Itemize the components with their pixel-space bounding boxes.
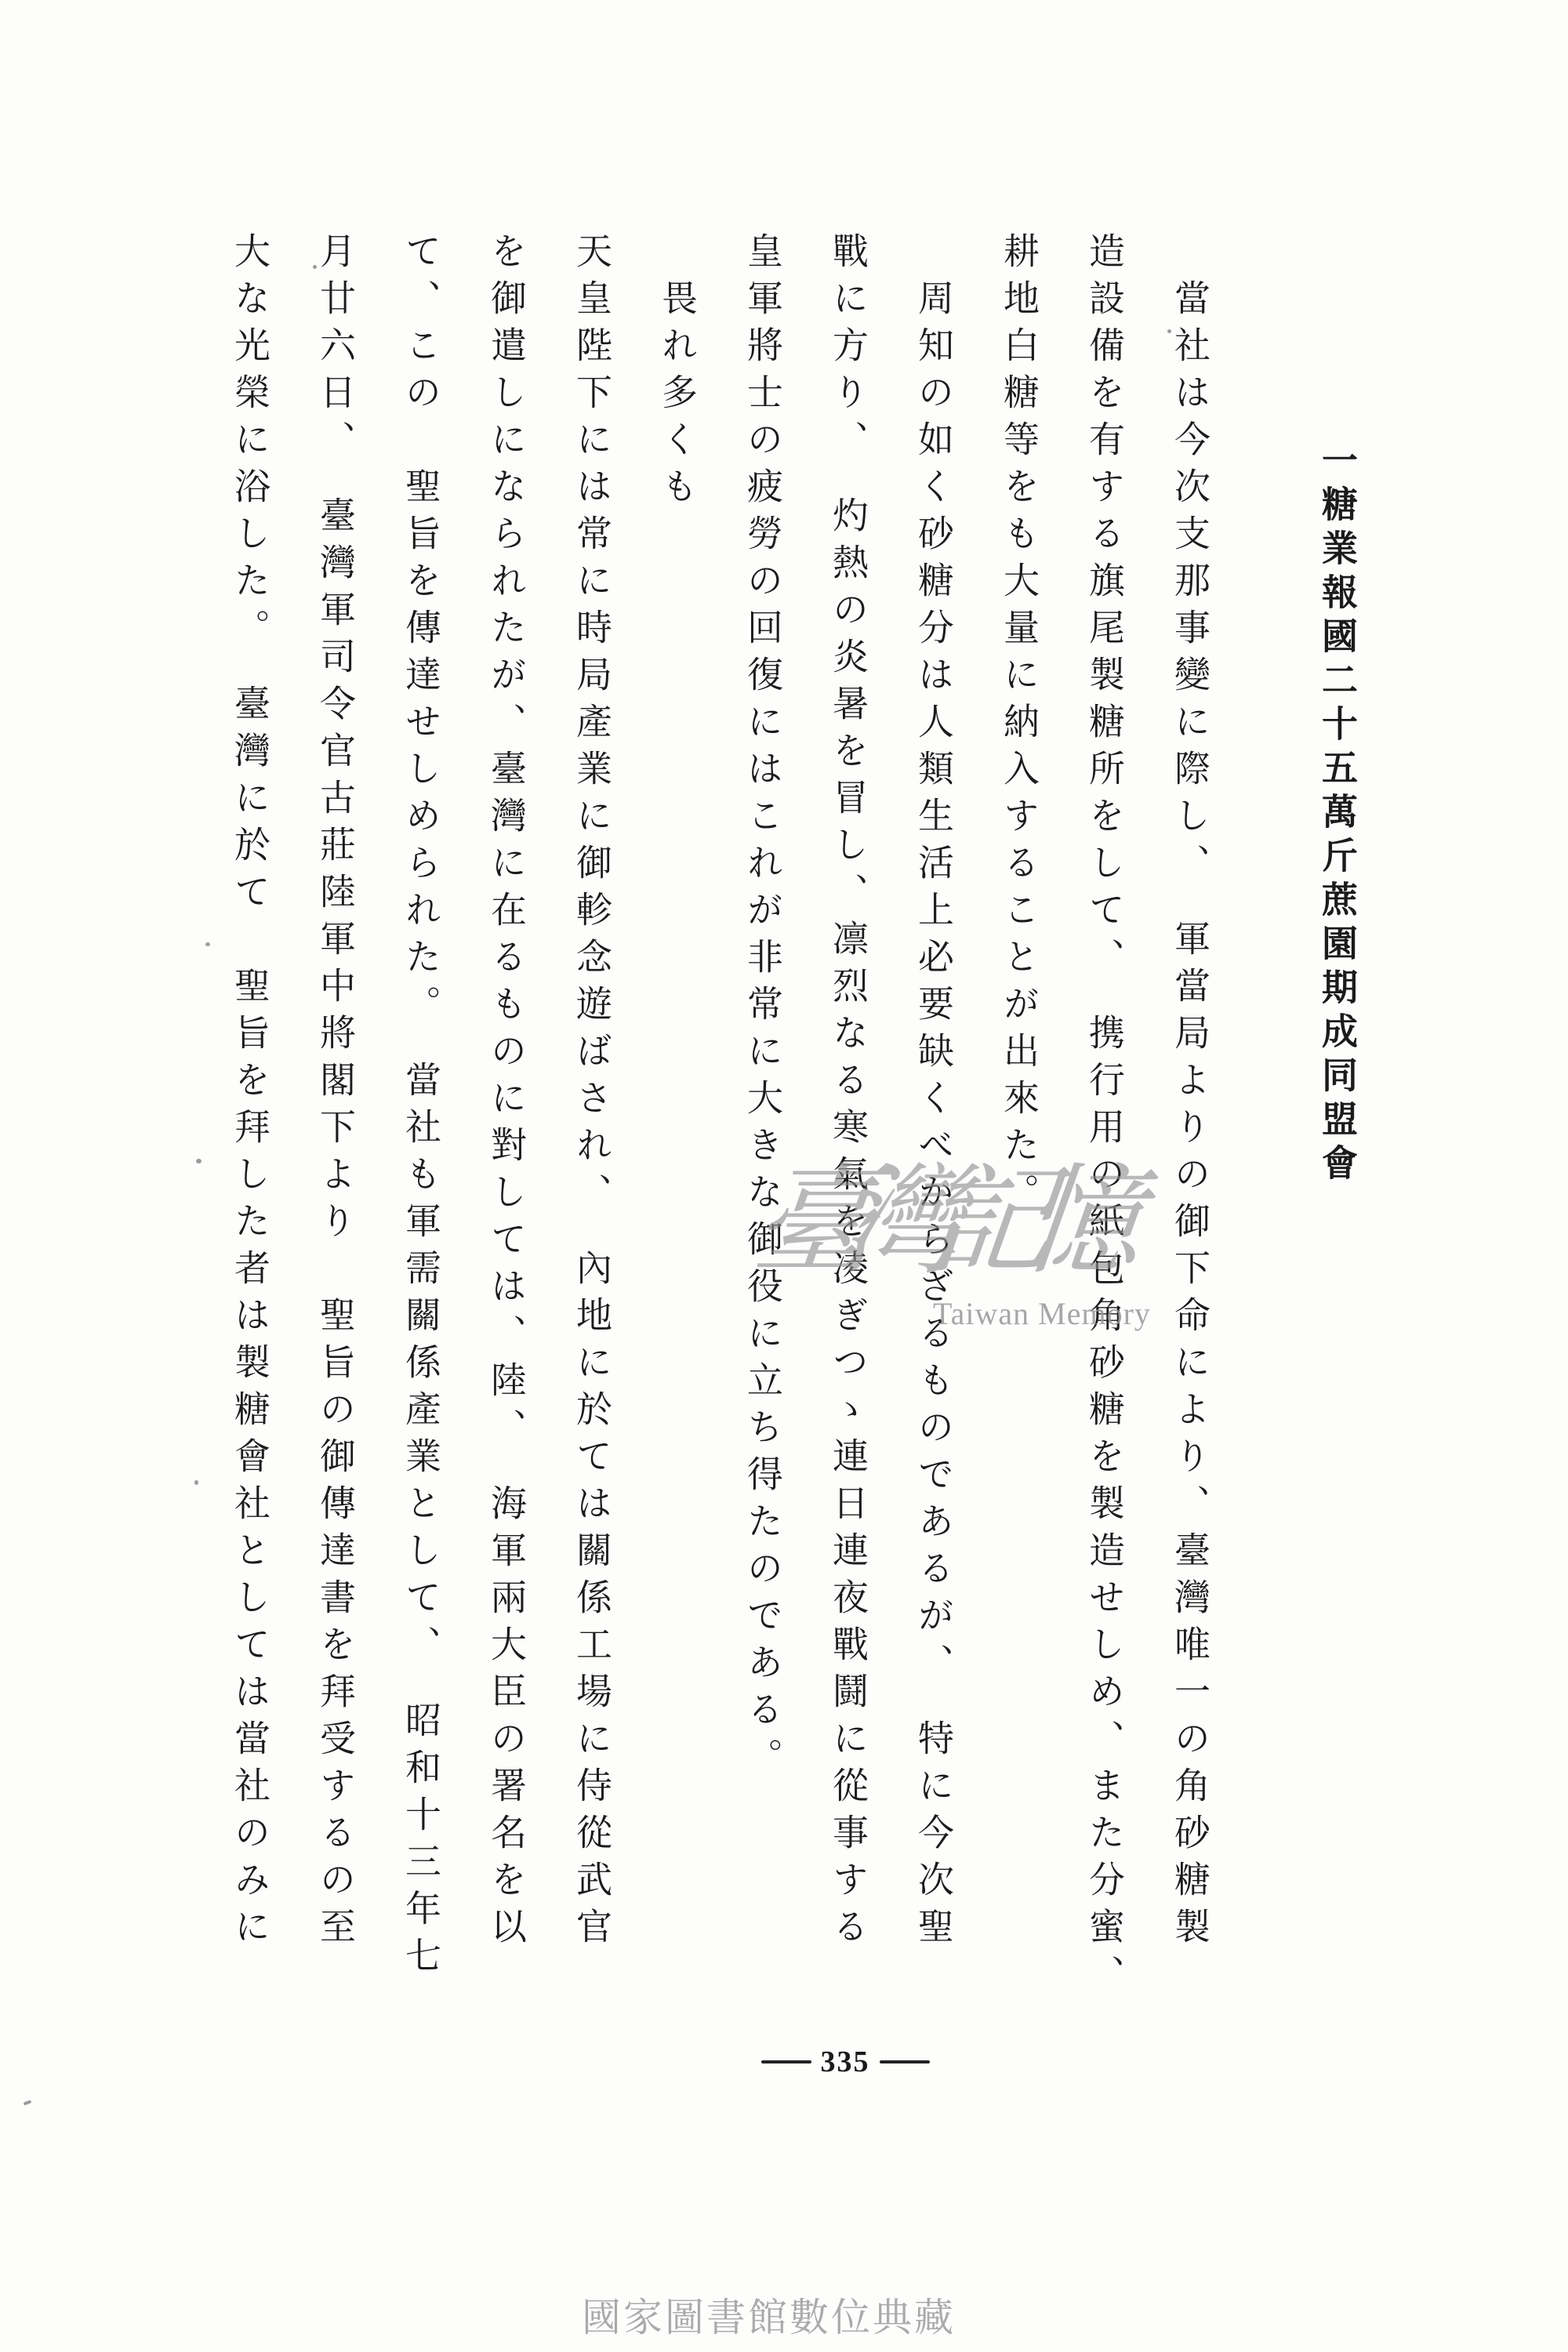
scan-speck: [205, 942, 210, 946]
text-column: て、この 聖旨を傳達せしめられた。 當社も軍需關係產業として、 昭和十三年七: [353, 232, 438, 2059]
page-number-right-rule: [880, 2060, 930, 2063]
page-number-value: 335: [821, 2045, 870, 2079]
chapter-title: 一糖業報國二十五萬斤蔗園期成同盟會: [1319, 441, 1355, 1188]
page-number: 335: [751, 2045, 939, 2079]
scan-speck: [313, 265, 317, 269]
scan-speck: [196, 1159, 201, 1163]
scan-speck: [194, 1480, 198, 1485]
chapter-number: 一: [1317, 441, 1357, 485]
chapter-title-text: 糖業報國二十五萬斤蔗園期成同盟會: [1317, 485, 1357, 1188]
scan-speck: [1167, 329, 1171, 333]
text-column: 畏れ多くも: [609, 232, 695, 2059]
text-column: 戰に方り、 灼熱の炎暑を冒し、凛烈なる寒氣を凌ぎつゝ連日連夜戰鬪に從事する: [780, 232, 866, 2059]
text-column: 造設備を有する旗尾製糖所をして、 携行用の紙包角砂糖を製造せしめ、また分蜜、: [1036, 232, 1122, 2059]
text-column: 當社は今次支那事變に際し、 軍當局よりの御下命により、臺灣唯一の角砂糖製: [1122, 232, 1207, 2059]
text-column: 耕地白糖等をも大量に納入することが出來た。: [951, 232, 1036, 2059]
page-number-left-rule: [761, 2060, 811, 2063]
scan-speck: [24, 2100, 32, 2105]
body-text: 當社は今次支那事變に際し、 軍當局よりの御下命により、臺灣唯一の角砂糖製 造設備…: [182, 232, 1207, 2059]
national-library-watermark: 國家圖書館數位典藏: [582, 2286, 956, 2343]
scanned-document-page: 一糖業報國二十五萬斤蔗園期成同盟會 當社は今次支那事變に際し、 軍當局よりの御下…: [0, 0, 1568, 2352]
text-column: 皇軍將士の疲勞の回復にはこれが非常に大きな御役に立ち得たのである。: [695, 232, 780, 2059]
text-column: を御遣しになられたが、臺灣に在るものに對しては、陸、 海軍兩大臣の署名を以: [438, 232, 524, 2059]
text-column: 天皇陛下には常に時局產業に御軫念遊ばされ、 內地に於ては關係工場に侍從武官: [524, 232, 609, 2059]
text-column: 大な光榮に浴した。 臺灣に於て 聖旨を拜した者は製糖會社としては當社のみに: [182, 232, 267, 2059]
text-column: 周知の如く砂糖分は人類生活上必要缺くべからざるものであるが、 特に今次聖: [866, 232, 951, 2059]
text-column: 月廿六日、 臺灣軍司令官古莊陸軍中將閣下より 聖旨の御傳達書を拜受するの至: [267, 232, 353, 2059]
